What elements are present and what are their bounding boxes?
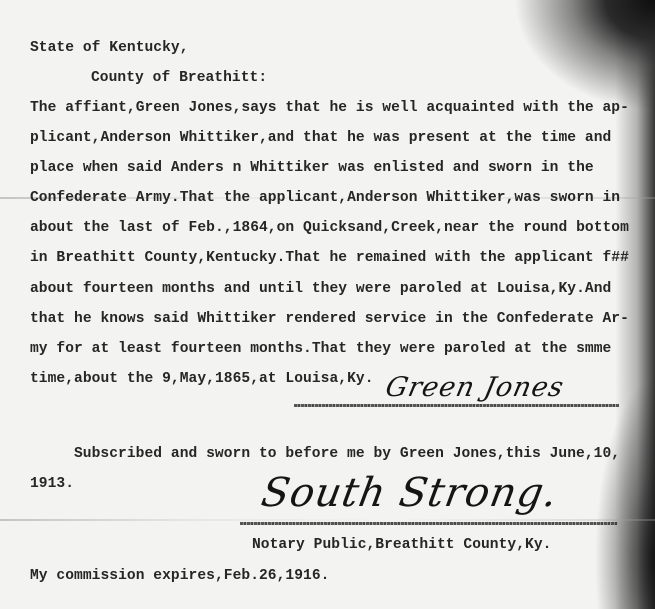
- heading-county: County of Breathitt:: [91, 70, 267, 86]
- body-line: Confederate Army.That the applicant,Ande…: [30, 190, 620, 206]
- affiant-signature-line: [294, 404, 619, 407]
- body-line: plicant,Anderson Whittiker,and that he w…: [30, 130, 611, 146]
- body-line: in Breathitt County,Kentucky.That he rem…: [30, 250, 629, 266]
- body-line: about fourteen months and until they wer…: [30, 281, 611, 297]
- paper-fold: [0, 519, 655, 521]
- notary-signature-line: [240, 522, 618, 525]
- body-line: place when said Anders n Whittiker was e…: [30, 160, 594, 176]
- jurat-line: Subscribed and sworn to before me by Gre…: [74, 446, 620, 462]
- commission-expiry: My commission expires,Feb.26,1916.: [30, 568, 329, 584]
- body-line: that he knows said Whittiker rendered se…: [30, 311, 629, 327]
- body-line: about the last of Feb.,1864,on Quicksand…: [30, 220, 629, 236]
- affiant-signature: Green Jones: [383, 372, 567, 403]
- notary-title: Notary Public,Breathitt County,Ky.: [252, 537, 551, 553]
- body-line: time,about the 9,May,1865,at Louisa,Ky.: [30, 371, 374, 387]
- body-line: The affiant,Green Jones,says that he is …: [30, 100, 629, 116]
- document-page: State of Kentucky, County of Breathitt: …: [0, 0, 655, 609]
- heading-state: State of Kentucky,: [30, 40, 189, 56]
- jurat-year: 1913.: [30, 476, 74, 492]
- notary-signature: South Strong.: [258, 470, 562, 516]
- body-line: my for at least fourteen months.That the…: [30, 341, 611, 357]
